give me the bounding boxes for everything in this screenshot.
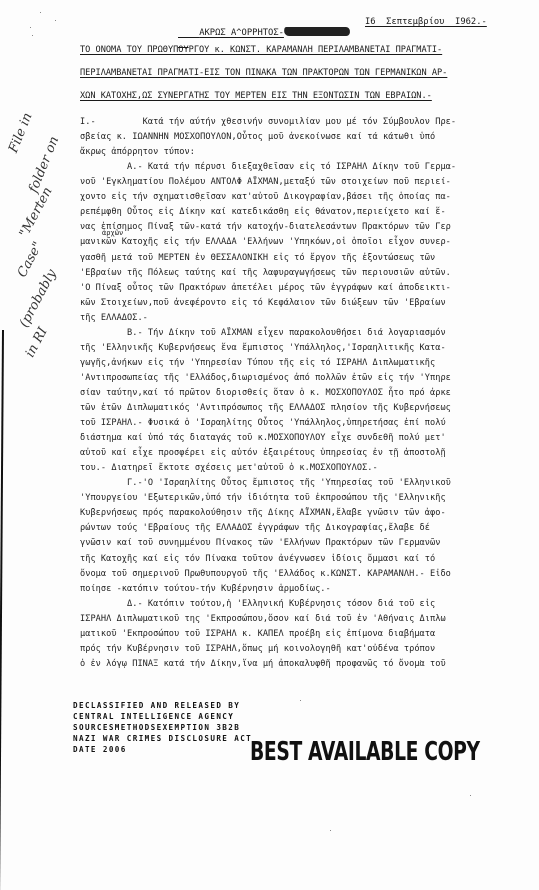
body-line: ρεπέμφθη Οὗτος εἰς Δίκην καί κατεδικάσθη… bbox=[80, 206, 446, 218]
body-line: Γ.-'Ο 'Ισραηλίτης Οὗτος ἔμπιστος τῆς 'Υπ… bbox=[80, 477, 451, 489]
body-line: γασθῆ μετά τοῦ ΜΕΡΤΕΝ ἐν ΘΕΣΣΑΛΟΝΙΚΗ εἰς… bbox=[80, 252, 435, 264]
body-line: Δ.- Κατόπιν τούτου,ἡ 'Ελληνική Κυβέρνησι… bbox=[80, 598, 435, 610]
body-line: νοῦ 'Εγκληματίου Πολέμου ΑΝΤΟΛΦ ΑΪΧΜΑΝ,μ… bbox=[80, 176, 451, 188]
body-line: ΙΣΡΑΗΛ Διπλωματικοῦ της 'Εκπροσώπου,ὅσον… bbox=[80, 613, 446, 625]
body-line: γωγῆς,ἀνήκων εἰς τήν 'Υπηρεσίαν Τύπου τῆ… bbox=[80, 357, 435, 369]
body-line: τῆς ΕΛΛΑΔΟΣ.- bbox=[80, 312, 148, 324]
body-line: 'Εβραίων τῆς Πόλεως ταύτης καί τῆς λαφυρ… bbox=[80, 267, 451, 279]
document-date: Ι6 Σεπτεμβρίου Ι962.- bbox=[365, 17, 487, 27]
stamp-line: SOURCESMETHODSEXEMPTION 3B2B bbox=[73, 722, 252, 733]
title-line: ΧΩΝ ΚΑΤΟΧΗΣ,ΩΣ ΣΥΝΕΡΓΑΤΗΣ ΤΟΥ ΜΕΡΤΕΝ ΕΙΣ… bbox=[80, 91, 432, 101]
handwritten-note: in RI bbox=[23, 325, 51, 360]
redaction-block bbox=[283, 27, 350, 36]
body-line: διάστημα καί ὑπό τάς διαταγάς τοῦ κ.ΜΟΣΧ… bbox=[80, 432, 446, 444]
body-line: τῶν ἐτῶν Διπλωματικός 'Αντιπρόσωπος τῆς … bbox=[80, 402, 451, 414]
interlinear-insert: ἀρχῶν bbox=[102, 227, 123, 239]
scanned-document-page: ΑΚΡΩΣ Α^ΟΡΡΗΤΟΣ- Ι6 Σεπτεμβρίου Ι962.- Τ… bbox=[0, 0, 539, 890]
body-line: Α.- Κατά τήν πέρυσι διεξαχθεῖσαν εἰς τό … bbox=[80, 161, 456, 173]
stamp-line: NAZI WAR CRIMES DISCLOSURE ACT bbox=[73, 733, 252, 744]
classification-marking: ΑΚΡΩΣ Α^ΟΡΡΗΤΟΣ- bbox=[178, 17, 350, 48]
body-line: μανικῶν Κατοχῆς εἰς τήν ΕΛΛΑΔΑ 'Ελλήνων … bbox=[80, 236, 451, 248]
title-line: ΠΕΡΙΛΑΜΒΑΝΕΤΑΙ ΠΡΑΓΜΑΤΙ-ΕΙΣ ΤΟΝ ΠΙΝΑΚΑ Τ… bbox=[80, 68, 447, 78]
best-available-copy-stamp: BEST AVAILABLE COPY bbox=[250, 737, 480, 767]
body-line: αὐτοῦ καί εἶχε προσφέρει εἰς αὐτόν ἐξαιρ… bbox=[80, 447, 446, 459]
declassification-stamp: DECLASSIFIED AND RELEASED BYCENTRAL INTE… bbox=[73, 700, 252, 755]
body-line: Κυβερνήσεως πρός παρακολούθησιν τῆς Δίκη… bbox=[80, 507, 446, 519]
body-line: τῆς Κατοχῆς καί εἰς τόν Πίνακα τοῦτον ἀν… bbox=[80, 553, 435, 565]
handwritten-note: Case" bbox=[15, 239, 46, 280]
body-line: ποίησε -κατόπιν τούτου-τήν Κυβέρνησιν ἁρ… bbox=[80, 583, 331, 595]
body-line: 'Υπουργείου 'Εξωτερικῶν,ὑπό τήν ἰδιότητα… bbox=[80, 492, 446, 504]
body-line: ματικοῦ 'Εκπροσώπου τοῦ ΙΣΡΑΗΛ κ. ΚΑΠΕΛ … bbox=[80, 628, 435, 640]
body-line: 'Ο Πίναξ οὗτος τῶν Πρακτόρων ἀπετέλει μέ… bbox=[80, 282, 451, 294]
classification-text: ΑΚΡΩΣ Α^ΟΡΡΗΤΟΣ- bbox=[199, 28, 284, 38]
body-line: ἄκρως ἀπόρρητον τύπον: bbox=[80, 146, 195, 158]
body-line: σβείας κ. ΙΩΑΝΝΗΝ ΜΟΣΧΟΠΟΥΛΟΝ,Οὗτος μοῦ … bbox=[80, 131, 435, 143]
body-line: 'Αντιπροσωπείας τῆς 'Ελλάδος,διωρισμένος… bbox=[80, 372, 451, 384]
stamp-line: DECLASSIFIED AND RELEASED BY bbox=[73, 700, 252, 711]
stamp-line: DATE 2006 bbox=[73, 744, 252, 755]
body-line: ὄνομα τοῦ σημερινοῦ Πρωθυπουργοῦ τῆς 'Ελ… bbox=[80, 568, 451, 580]
handwritten-note: File in bbox=[6, 111, 36, 155]
body-line: κῶν Στοιχείων,ποῦ ἀνεφέροντο εἰς τό Κεφά… bbox=[80, 297, 446, 309]
body-line: σίαν ταύτην,καί τό πρῶτον διορισθείς ὅτα… bbox=[80, 387, 451, 399]
body-line: ρώντων τούς 'Εβραίους τῆς ΕΛΛΑΔΟΣ ἐγγράφ… bbox=[80, 522, 430, 534]
body-line: γνῶσιν καί τοῦ συνημμένου Πίνακος τῶν 'Ε… bbox=[80, 537, 440, 549]
body-line: Ι.- Κατά τήν αύτήν χθεσινήν συνομιλίαν μ… bbox=[80, 116, 456, 128]
body-line: πρός τήν Κυβέρνησιν τοῦ ΙΣΡΑΗΛ,ὅπως μή κ… bbox=[80, 643, 435, 655]
body-line: του.- Διατηρεῖ ἔκτοτε σχέσεις μετ'αὐτοῦ … bbox=[80, 462, 378, 474]
body-line: τῆς 'Ελληνικῆς Κυβερνήσεως ἕνα ἔμπιστος … bbox=[80, 342, 446, 354]
body-line: νας ἐπίσημος Πίναξ τῶν-κατά τήν κατοχήν-… bbox=[80, 221, 451, 233]
body-line: τοῦ ΙΣΡΑΗΛ.- Φυσικά ὁ 'Ισραηλίτης Οὗτος … bbox=[80, 417, 446, 429]
stamp-line: CENTRAL INTELLIGENCE AGENCY bbox=[73, 711, 252, 722]
body-line: ὁ ἐν λόγῳ ΠΙΝΑΞ κατά τήν Δίκην,ἵνα μή ἀπ… bbox=[80, 658, 446, 670]
title-line: ΤΟ ΟΝΟΜΑ ΤΟΥ ΠΡΩΘΥΠΟΥΡΓΟΥ κ. ΚΩΝΣΤ. ΚΑΡΑ… bbox=[80, 45, 442, 55]
body-line: χοντο εἰς τήν σχηματισθεῖσαν κατ'αὐτοῦ Δ… bbox=[80, 191, 451, 203]
body-line: Β.- Τήν Δίκην τοῦ ΑΪΧΜΑΝ εἶχεν παρακολου… bbox=[80, 327, 446, 339]
left-margin-rule bbox=[0, 330, 4, 890]
